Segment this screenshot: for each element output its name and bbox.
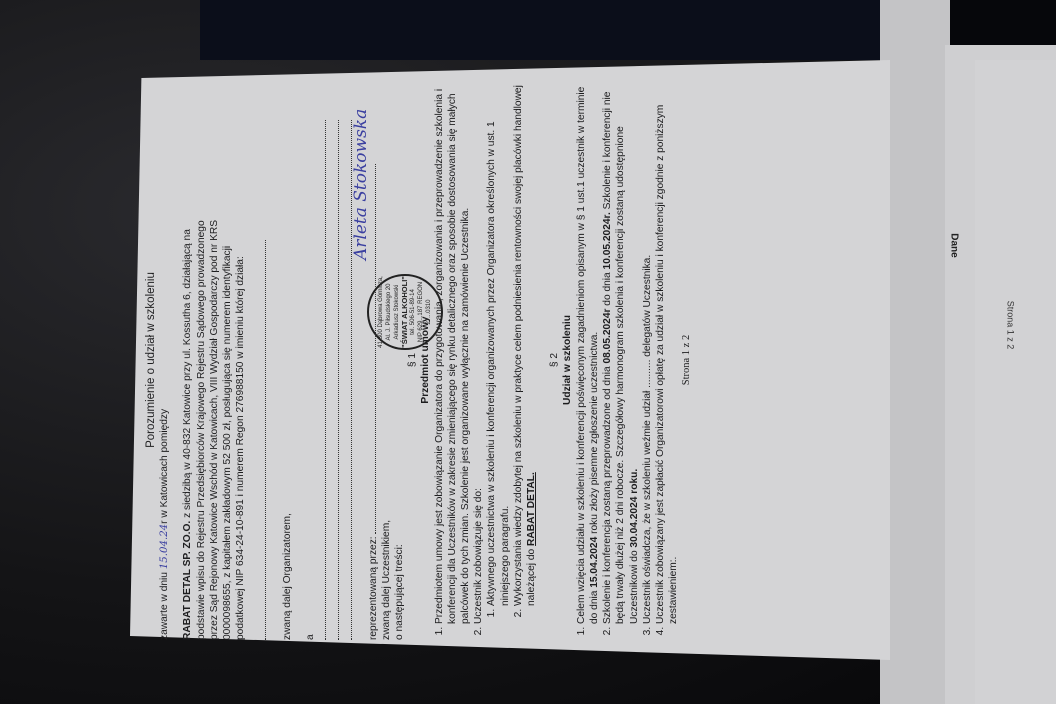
document-title: Porozumienie o udział w szkoleniu [145,80,158,640]
page-footer: Strona 1 z 2 [680,80,693,640]
organizer-line: RABAT DETAL SP. ZO.O.RABAT DETAL SP. ZO.… [181,80,194,640]
section2-list: Celem wzięcia udziału w szkoleniu i konf… [575,80,681,640]
handwritten-date: 15.04.24 [159,524,170,569]
section2-item: Uczestnik oświadcza, że w szkoleniu weźm… [641,80,654,624]
dotted-fill-line [330,80,343,640]
stamp-company: "ŚWIAT ALKOHOLI" [401,276,409,348]
content-label: o następującej treści: [393,80,406,640]
section1-number: § 1 [406,80,419,640]
section2-item: Celem wzięcia udziału w szkoleniu i konf… [575,80,601,624]
dotted-fill-line [317,80,330,640]
section2-heading: Udział w szkoleniu [561,80,574,640]
organizer-line: podatkowej NIP 634-24-10-891 i numerem R… [234,80,247,640]
section1-item-text: Uczestnik zobowiązuje się do: [473,488,484,624]
section1-sublist: Aktywnego uczestnictwa w szkoleniu i kon… [485,80,538,624]
text: roku złoży pisemne zgłoszenie uczestnict… [589,332,600,537]
deadline-date: 15.04.2024 [589,537,600,588]
concluded-line: zawarte w dniu 15.04.24r w Katowicach po… [158,80,171,640]
background-sheet [975,60,1056,704]
end-date: 10.05.2024r. [602,212,613,269]
organizer-block: RABAT DETAL SP. ZO.O.RABAT DETAL SP. ZO.… [181,80,247,640]
organizer-line-rest: z siedzibą w 40-832 Katowice przy ul. Ko… [182,229,193,521]
organizer-label: zwaną dalej Organizatorem, [281,80,294,640]
and-label: a [304,80,317,640]
section1-heading: Przedmiot umowy [419,80,432,640]
background-sheet-footer: Strona 1 z 2 [1005,301,1015,350]
participant-label: zwaną dalej Uczestnikiem, [380,80,393,640]
concluded-suffix: r w Katowicach pomiędzy [159,409,170,524]
text: Szkolenie i konferencja zostaną przeprow… [602,363,613,624]
background-corner [946,0,1056,50]
section2-item: Uczestnik zobowiązany jest zapłacić Orga… [654,80,680,624]
section1-list: Przedmiotem umowy jest zobowiązanie Orga… [433,80,539,640]
section2-item: Szkolenie i konferencja zostaną przeprow… [601,80,641,624]
company-stamp: 41-300 Dąbrowa Górnicza, Al. J. Piłsudsk… [367,274,443,350]
dotted-fill-line [257,80,270,640]
document-content: Porozumienie o udział w szkoleniu zawart… [145,80,885,640]
section1-subitem: Wykorzystania wiedzy zdobytej na szkolen… [512,80,538,606]
background-sheet [880,0,950,704]
handwritten-signature: Arleta Stokowska [355,109,368,260]
organizer-name: RABAT DETAL SP. ZO.O. [182,521,193,640]
start-date: 08.05.2024r [602,309,613,364]
stamp-address: 41-300 Dąbrowa Górnicza, Al. J. Piłsudsk… [377,276,393,348]
section1-item: Przedmiotem umowy jest zobowiązanie Orga… [433,80,473,624]
concluded-prefix: zawarte w dniu [159,572,170,640]
background-sheet-text: Dane [949,233,960,257]
represented-label: reprezentowaną przez: [368,536,379,640]
company-name-bold: RABAT DETAL. [526,472,537,546]
stamp-phone: tel. 506-51-89-14 [409,276,417,348]
section1-item: Uczestnik zobowiązuje się do: Aktywnego … [472,80,538,624]
organizer-line: podstawie wpisu do Rejestru Przedsiębior… [195,80,208,640]
organizer-line: 0000098655, z kapitałem zakładowym 52 50… [221,80,234,640]
organizer-line: przez Sąd Rejonowy Katowice Wschód w Kat… [208,80,221,640]
section2-number: § 2 [548,80,561,640]
section1-subitem: Aktywnego uczestnictwa w szkoleniu i kon… [485,80,511,606]
background-dark-object [200,0,960,60]
stamp-ids: NIP 629...187 REGON 27...0310 [417,276,433,348]
schedule-date: 30.04.2024 roku. [629,469,640,548]
text: do dnia [602,269,613,308]
